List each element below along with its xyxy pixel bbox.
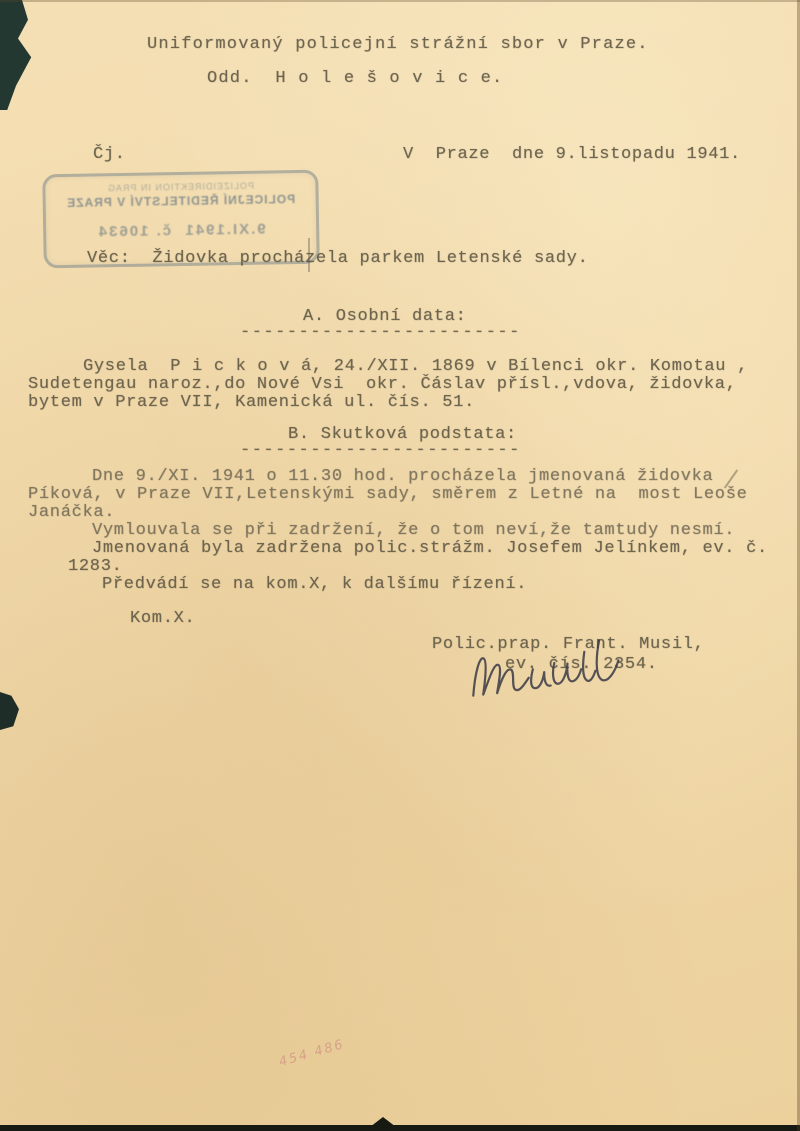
facts-line: Píková, v Praze VII,Letenskými sady, smě… — [28, 486, 748, 504]
kom-line: Kom.X. — [130, 610, 195, 628]
scanned-document-page: { "document": { "header": { "line1": "Un… — [0, 0, 800, 1131]
facts-line: Dne 9./XI. 1941 o 11.30 hod. procházela … — [92, 468, 713, 486]
personal-data-line: Gysela P i c k o v á, 24./XII. 1869 v Bí… — [83, 358, 748, 376]
facts-line: Jmenovaná byla zadržena polic.strážm. Jo… — [92, 540, 768, 558]
personal-data-line: Sudetengau naroz.,do Nové Vsi okr. Čásla… — [28, 376, 737, 394]
subject-line: Věc: Židovka procházela parkem Letenské … — [87, 250, 588, 268]
stamp-czech-line: POLICEJNÍ ŘEDITELSTVÍ V PRAZE — [46, 192, 316, 211]
facts-line: Janáčka. — [28, 504, 115, 522]
bottom-scan-edge — [0, 1125, 800, 1131]
bottom-edge-notch — [370, 1117, 396, 1127]
facts-line: Předvádí se na kom.X, k dalšímu řízení. — [102, 576, 527, 594]
torn-corner-artifact — [0, 0, 40, 110]
pencil-archive-number: 454 486 — [277, 1037, 346, 1070]
personal-data-line: bytem v Praze VII, Kamenická ul. čís. 51… — [28, 394, 475, 412]
left-edge-artifact — [0, 692, 19, 730]
dateline: V Praze dne 9.listopadu 1941. — [403, 146, 741, 164]
facts-line: 1283. — [68, 558, 123, 576]
facts-line: Vymlouvala se při zadržení, že o tom nev… — [92, 522, 735, 540]
org-header-line: Uniformovaný policejní strážní sbor v Pr… — [147, 36, 649, 54]
department-line: Odd. H o l e š o v i c e. — [207, 70, 503, 88]
section-a-underline: ------------------------ — [240, 324, 521, 342]
top-scan-edge — [0, 0, 800, 2]
stamp-date-number-line: 9.XI.1941 č. 10634 — [46, 220, 316, 242]
reference-number-label: Čj. — [93, 146, 126, 164]
aged-paper-background: Uniformovaný policejní strážní sbor v Pr… — [0, 0, 800, 1131]
section-b-underline: ------------------------ — [240, 442, 521, 460]
